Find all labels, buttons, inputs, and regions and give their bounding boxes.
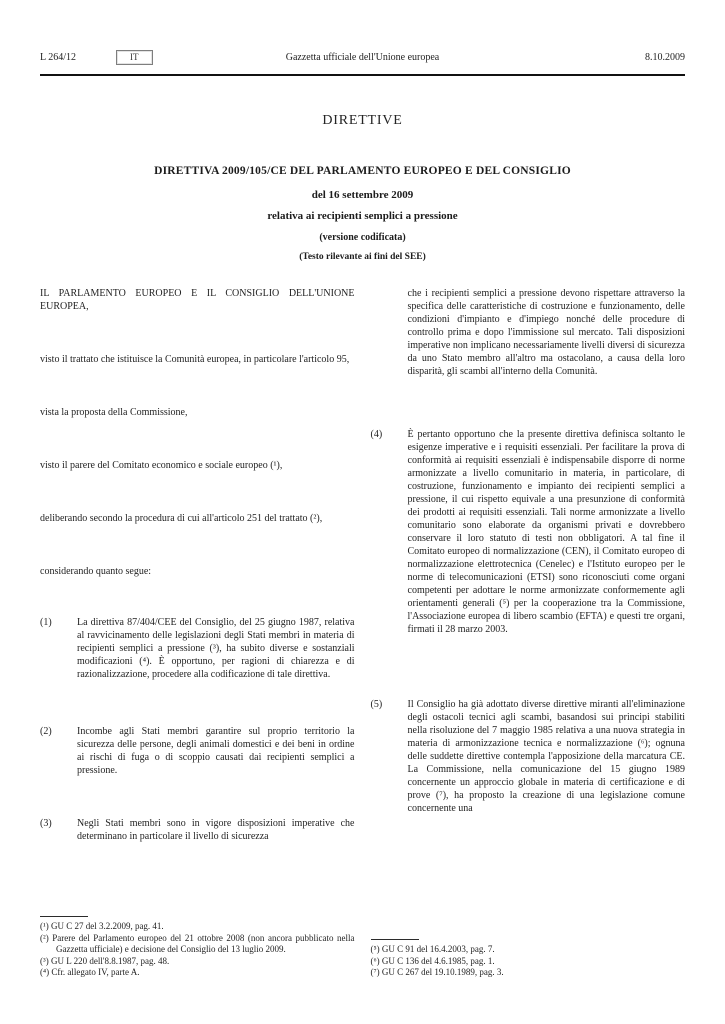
recital-number: (5) (371, 698, 408, 815)
page-content: L 264/12 IT Gazzetta ufficiale dell'Unio… (40, 0, 685, 979)
journal-page: L 264/12 IT Gazzetta ufficiale dell'Unio… (0, 0, 725, 1024)
recital-number: (1) (40, 616, 77, 681)
footnote: (⁵) GU C 91 del 16.4.2003, pag. 7. (371, 944, 686, 956)
recital-3: (3) Negli Stati membri sono in vigore di… (40, 817, 355, 843)
directive-date: del 16 settembre 2009 (40, 189, 685, 201)
intro-paragraph: considerando quanto segue: (40, 565, 355, 578)
recital-number-spacer (371, 287, 408, 378)
recital-4: (4) È pertanto opportuno che la presente… (371, 428, 686, 636)
eea-relevance-note: (Testo rilevante ai fini del SEE) (40, 252, 685, 262)
recital-2: (2) Incombe agli Stati membri garantire … (40, 725, 355, 777)
intro-paragraph: visto il trattato che istituisce la Comu… (40, 353, 355, 366)
header-left: L 264/12 IT (40, 50, 286, 65)
recital-number: (2) (40, 725, 77, 777)
footnote: (⁴) Cfr. allegato IV, parte A. (40, 967, 355, 979)
footnote: (¹) GU C 27 del 3.2.2009, pag. 41. (40, 921, 355, 933)
recital-number: (3) (40, 817, 77, 843)
directive-subject: relativa ai recipienti semplici a pressi… (40, 210, 685, 222)
right-column: che i recipienti semplici a pressione de… (371, 287, 686, 979)
left-footnotes: (¹) GU C 27 del 3.2.2009, pag. 41. (²) P… (40, 910, 355, 979)
recital-text: Incombe agli Stati membri garantire sul … (77, 725, 355, 777)
right-footnotes: (⁵) GU C 91 del 16.4.2003, pag. 7. (⁶) G… (371, 933, 686, 979)
recital-text: La direttiva 87/404/CEE del Consiglio, d… (77, 616, 355, 681)
recital-text: che i recipienti semplici a pressione de… (408, 287, 686, 378)
page-header: L 264/12 IT Gazzetta ufficiale dell'Unio… (40, 0, 685, 76)
language-code-box: IT (116, 50, 153, 65)
recital-text: Il Consiglio ha già adottato diverse dir… (408, 698, 686, 815)
directive-title: DIRETTIVA 2009/105/CE DEL PARLAMENTO EUR… (40, 165, 685, 177)
footnote: (⁷) GU C 267 del 19.10.1989, pag. 3. (371, 967, 686, 979)
intro-paragraph: IL PARLAMENTO EUROPEO E IL CONSIGLIO DEL… (40, 287, 355, 313)
codified-version-note: (versione codificata) (40, 232, 685, 243)
recital-5: (5) Il Consiglio ha già adottato diverse… (371, 698, 686, 815)
footnote-separator (371, 939, 419, 940)
footnote-separator (40, 916, 88, 917)
intro-paragraph: vista la proposta della Commissione, (40, 406, 355, 419)
body-columns: IL PARLAMENTO EUROPEO E IL CONSIGLIO DEL… (40, 287, 685, 979)
footnote: (⁶) GU C 136 del 4.6.1985, pag. 1. (371, 956, 686, 968)
recital-3-continuation: che i recipienti semplici a pressione de… (371, 287, 686, 378)
footnote: (²) Parere del Parlamento europeo del 21… (40, 933, 355, 956)
recital-text: È pertanto opportuno che la presente dir… (408, 428, 686, 636)
recital-number: (4) (371, 428, 408, 636)
section-heading: DIRETTIVE (40, 113, 685, 129)
issue-date: 8.10.2009 (439, 52, 685, 63)
document-title-block: DIRETTIVA 2009/105/CE DEL PARLAMENTO EUR… (40, 165, 685, 262)
page-reference: L 264/12 (40, 52, 76, 63)
recital-1: (1) La direttiva 87/404/CEE del Consigli… (40, 616, 355, 681)
footnote: (³) GU L 220 dell'8.8.1987, pag. 48. (40, 956, 355, 968)
journal-title: Gazzetta ufficiale dell'Unione europea (286, 52, 439, 63)
left-column: IL PARLAMENTO EUROPEO E IL CONSIGLIO DEL… (40, 287, 355, 979)
intro-paragraph: visto il parere del Comitato economico e… (40, 459, 355, 472)
recital-text: Negli Stati membri sono in vigore dispos… (77, 817, 355, 843)
intro-paragraph: deliberando secondo la procedura di cui … (40, 512, 355, 525)
